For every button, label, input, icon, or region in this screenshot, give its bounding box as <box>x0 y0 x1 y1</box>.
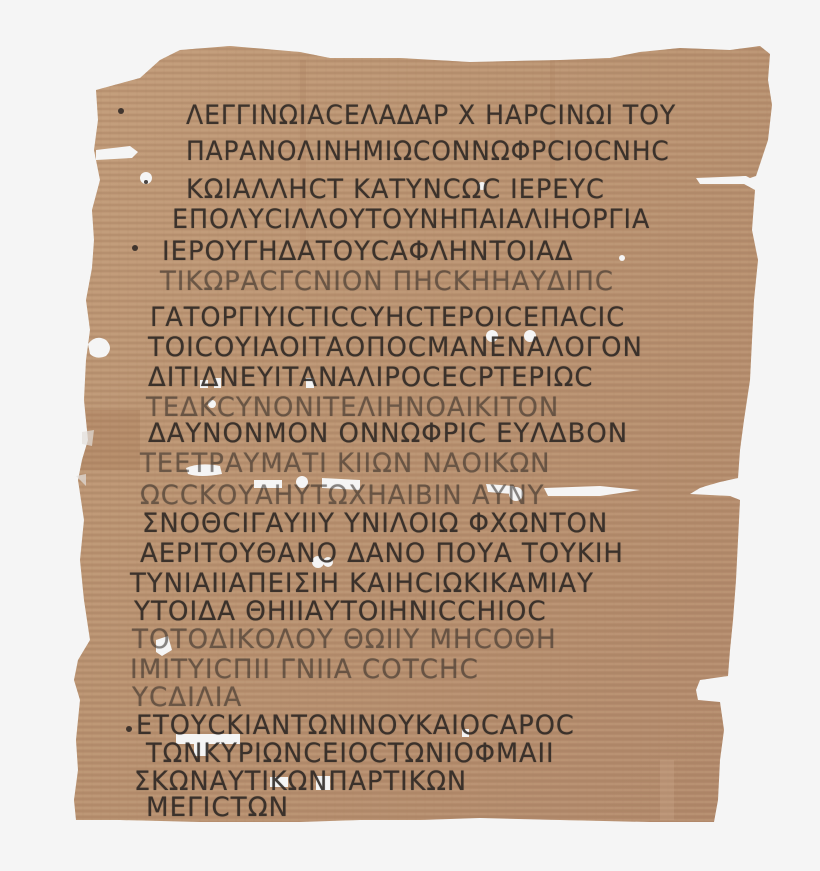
papyrus-sheet <box>0 0 820 871</box>
papyrus-texture <box>0 0 820 871</box>
papyrus-image: ΛΕΓΓΙΝΩΙΑCΕΛΑΔΑΡ Χ ΗΑΡCΙΝΩΙ ΤΟΥ ΠΑΡΑΝΟΛΙ… <box>0 0 820 871</box>
